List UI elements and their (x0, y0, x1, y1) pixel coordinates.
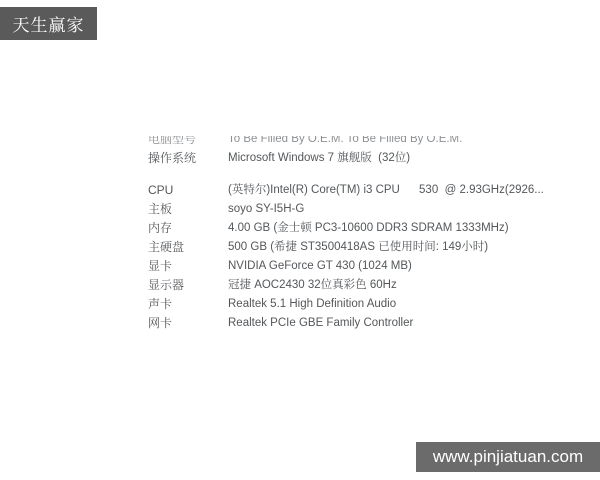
spec-value: NVIDIA GeForce GT 430 (1024 MB) (228, 257, 412, 276)
bottom-right-watermark: www.pinjiatuan.com (416, 442, 600, 472)
spec-value: (英特尔)Intel(R) Core(TM) i3 CPU 530 @ 2.93… (228, 181, 544, 200)
spec-row: 声卡 Realtek 5.1 High Definition Audio (148, 295, 568, 314)
spec-label: 内存 (148, 219, 228, 238)
spec-value: 500 GB (希捷 ST3500418AS 已使用时间: 149小时) (228, 238, 488, 257)
spec-label: 电脑型号 (148, 136, 228, 143)
spec-label: 操作系统 (148, 149, 228, 168)
spec-row: 主板 soyo SY-I5H-G (148, 200, 568, 219)
spec-label: CPU (148, 181, 228, 200)
top-left-watermark: 天生赢家 (0, 7, 97, 40)
spec-label: 网卡 (148, 314, 228, 333)
spec-row: 网卡 Realtek PCIe GBE Family Controller (148, 314, 568, 333)
system-info-table: 电脑型号 To Be Filled By O.E.M. To Be Filled… (148, 136, 568, 333)
spec-row: 显示器 冠捷 AOC2430 32位真彩色 60Hz (148, 276, 568, 295)
spec-value: 冠捷 AOC2430 32位真彩色 60Hz (228, 276, 397, 295)
spec-row: 主硬盘 500 GB (希捷 ST3500418AS 已使用时间: 149小时) (148, 238, 568, 257)
spec-label: 主板 (148, 200, 228, 219)
spec-row: 内存 4.00 GB (金士顿 PC3-10600 DDR3 SDRAM 133… (148, 219, 568, 238)
spec-label: 主硬盘 (148, 238, 228, 257)
spec-row: 显卡 NVIDIA GeForce GT 430 (1024 MB) (148, 257, 568, 276)
spec-value: Realtek PCIe GBE Family Controller (228, 314, 413, 333)
page: { "watermarks": { "top_left": { "text": … (0, 0, 600, 480)
spec-label: 显卡 (148, 257, 228, 276)
spec-value: Realtek 5.1 High Definition Audio (228, 295, 396, 314)
spec-value: To Be Filled By O.E.M. To Be Filled By O… (228, 136, 462, 143)
spec-row: 电脑型号 To Be Filled By O.E.M. To Be Filled… (148, 136, 568, 149)
spec-row: 操作系统 Microsoft Windows 7 旗舰版 (32位) (148, 149, 568, 168)
spec-label: 显示器 (148, 276, 228, 295)
spec-value: 4.00 GB (金士顿 PC3-10600 DDR3 SDRAM 1333MH… (228, 219, 509, 238)
spec-value: soyo SY-I5H-G (228, 200, 304, 219)
spec-row: CPU (英特尔)Intel(R) Core(TM) i3 CPU 530 @ … (148, 181, 568, 200)
spec-label: 声卡 (148, 295, 228, 314)
spec-value: Microsoft Windows 7 旗舰版 (32位) (228, 149, 410, 168)
